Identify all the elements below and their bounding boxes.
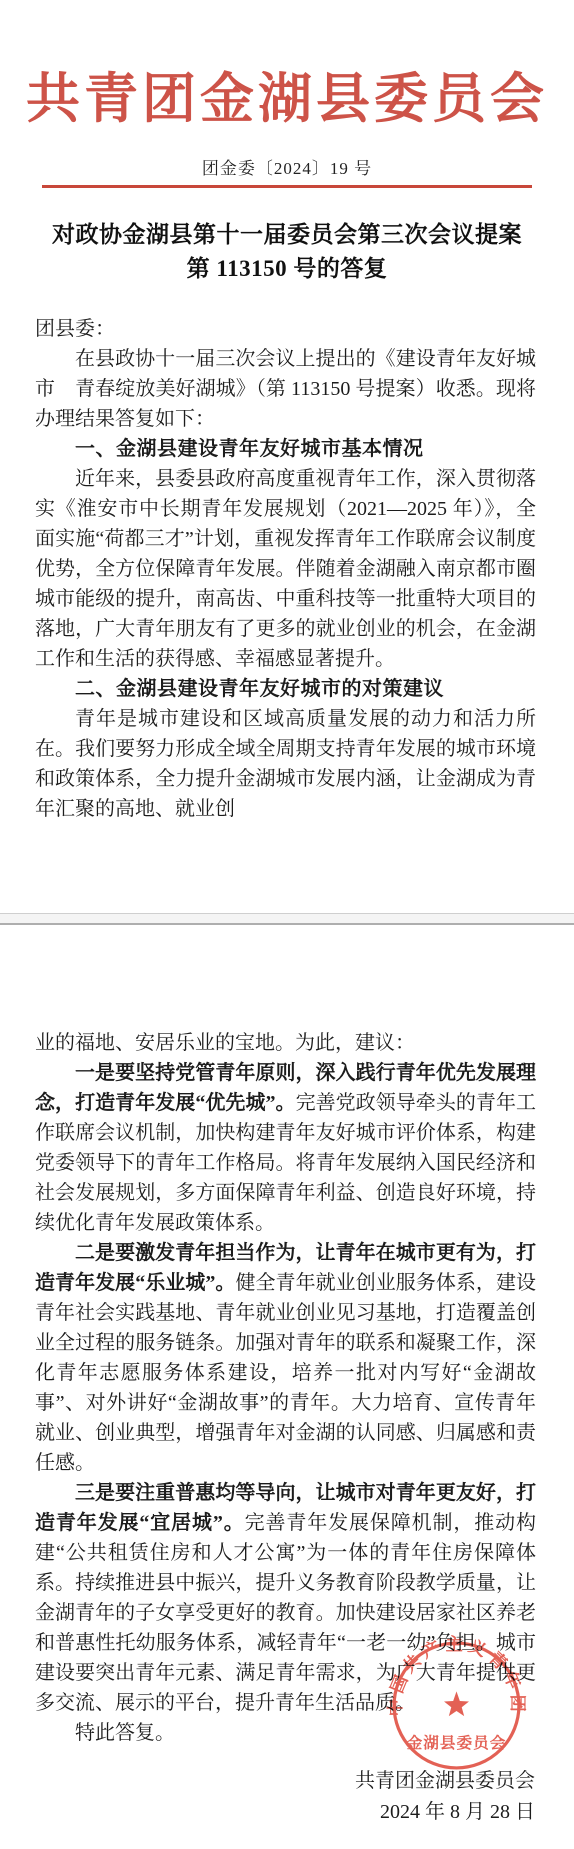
document-title-line1: 对政协金湖县第十一届委员会第三次会议提案 (0, 218, 574, 252)
section1-heading: 一、金湖县建设青年友好城市基本情况 (35, 434, 536, 464)
suggestion-2-text: 健全青年就业创业服务体系，建设青年社会实践基地、青年就业创业见习基地，打造覆盖创… (35, 1272, 536, 1474)
letterhead-org-title: 共青团金湖县委员会 (0, 0, 574, 132)
page1-body: 团县委： 在县政协十一届三次会议上提出的《建设青年友好城市 青春绽放美好湖城》（… (35, 314, 536, 824)
section2-intro-part2: 业的福地、安居乐业的宝地。为此，建议： (35, 1028, 536, 1058)
section2-intro-part1: 青年是城市建设和区域高质量发展的动力和活力所在。我们要努力形成全域全周期支持青年… (35, 704, 536, 824)
suggestion-paragraph-2: 二是要激发青年担当作为，让青年在城市更有为，打造青年发展“乐业城”。健全青年就业… (35, 1238, 536, 1478)
document-title-line2: 第 113150 号的答复 (0, 252, 574, 286)
official-document: 共青团金湖县委员会 团金委〔2024〕19 号 对政协金湖县第十一届委员会第三次… (0, 0, 574, 1849)
document-number: 团金委〔2024〕19 号 (0, 158, 574, 180)
document-title: 对政协金湖县第十一届委员会第三次会议提案 第 113150 号的答复 (0, 218, 574, 286)
official-seal: 中国共产主义青年团 金湖县委员会 (386, 1635, 527, 1776)
section1-paragraph: 近年来，县委县政府高度重视青年工作，深入贯彻落实《淮安市中长期青年发展规划（20… (35, 464, 536, 674)
page-2: 业的福地、安居乐业的宝地。为此，建议： 一是要坚持党管青年原则，深入践行青年优先… (0, 925, 574, 1849)
salutation: 团县委： (35, 314, 536, 344)
seal-center-text: 金湖县委员会 (407, 1733, 507, 1752)
page-break-divider (0, 913, 574, 925)
intro-paragraph: 在县政协十一届三次会议上提出的《建设青年友好城市 青春绽放美好湖城》（第 113… (35, 344, 536, 434)
section2-heading: 二、金湖县建设青年友好城市的对策建议 (35, 674, 536, 704)
page-1: 共青团金湖县委员会 团金委〔2024〕19 号 对政协金湖县第十一届委员会第三次… (0, 0, 574, 913)
letterhead-divider (42, 185, 532, 188)
signature-date: 2024 年 8 月 28 日 (0, 1797, 535, 1828)
suggestion-paragraph-1: 一是要坚持党管青年原则，深入践行青年优先发展理念，打造青年发展“优先城”。完善党… (35, 1058, 536, 1238)
seal-star-icon (444, 1691, 469, 1716)
